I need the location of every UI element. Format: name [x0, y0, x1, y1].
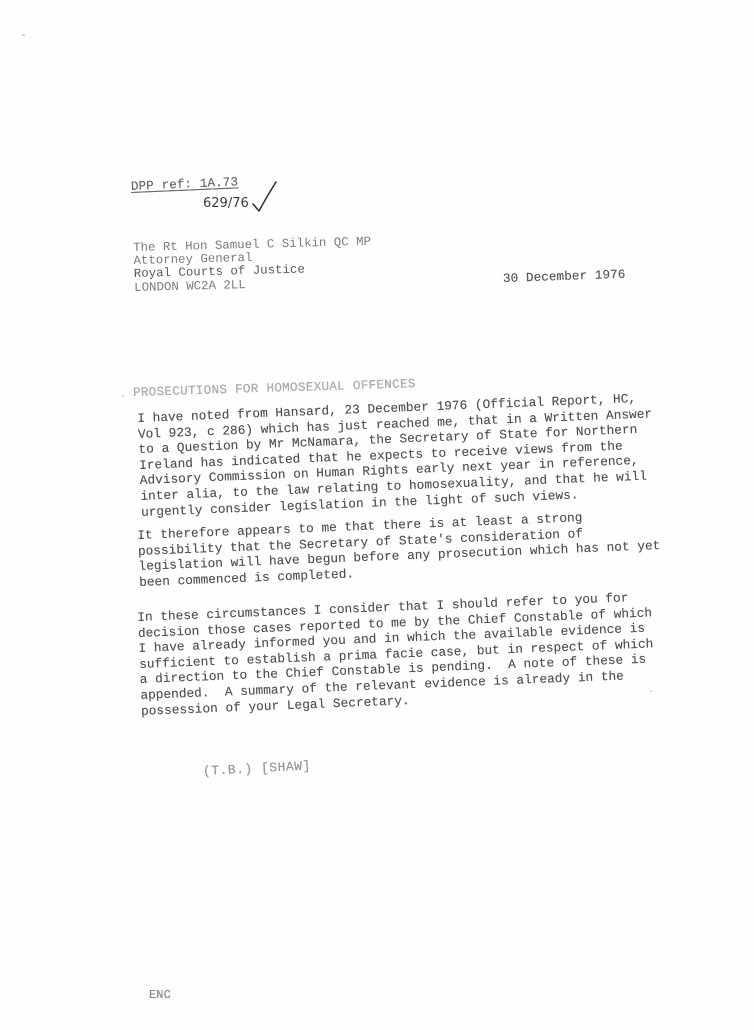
check-mark-icon — [250, 180, 280, 216]
signature-block: (T.B.) [SHAW] — [203, 758, 312, 779]
handwritten-file-number: 629/76 — [203, 196, 249, 211]
dpp-reference: DPP ref: 1A.73 — [131, 175, 239, 194]
paragraph-3: In these circumstances I consider that I… — [137, 589, 655, 719]
paragraph-2: It therefore appears to me that there is… — [137, 507, 661, 590]
scan-speck — [22, 34, 25, 36]
scan-speck — [650, 690, 652, 692]
subject-heading: PROSECUTIONS FOR HOMOSEXUAL OFFENCES — [133, 377, 416, 400]
enclosure-note: ENC — [149, 988, 171, 1002]
paragraph-1: I have noted from Hansard, 23 December 1… — [137, 390, 655, 520]
letter-date: 30 December 1976 — [503, 268, 626, 286]
document-page: DPP ref: 1A.73 629/76 The Rt Hon Samuel … — [0, 0, 754, 1030]
scan-speck — [122, 395, 124, 397]
recipient-address: The Rt Hon Samuel C Silkin QC MP Attorne… — [133, 236, 372, 295]
